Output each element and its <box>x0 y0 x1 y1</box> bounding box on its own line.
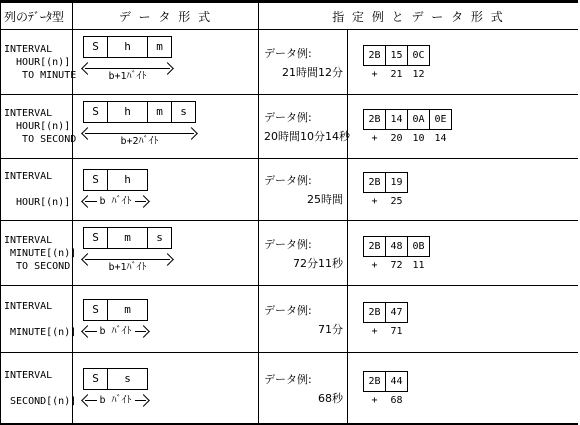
data-example-value: 68秒 <box>264 390 343 406</box>
type-line: INTERVAL <box>4 369 72 382</box>
data-example-value: 72分11秒 <box>264 255 343 271</box>
type-line: INTERVAL <box>4 43 72 56</box>
decoded-value: 10 <box>407 133 430 144</box>
type-line: HOUR[(n)] <box>4 120 72 133</box>
decoded-value: 72 <box>385 260 408 271</box>
byte-length-label: b+1ﾊﾞｲﾄ <box>105 71 149 83</box>
byte-box: S <box>83 299 108 321</box>
hex-format-cell: 2B 47 + 71 <box>348 286 578 352</box>
hex-format-cell: 2B 14 0A 0E + 20 10 14 <box>348 95 578 158</box>
hex-format-cell: 2B 48 0B + 72 11 <box>348 221 578 285</box>
column-type-cell: INTERVAL SECOND[(n)] <box>1 353 73 423</box>
type-line: MINUTE[(n)] <box>4 247 72 260</box>
table-header-row: 列のﾃﾞｰﾀ型 デ ー タ 形 式 指 定 例 と デ ー タ 形 式 <box>1 3 578 30</box>
byte-length-label: b+1ﾊﾞｲﾄ <box>105 262 149 274</box>
arrow-left-icon <box>81 253 94 266</box>
type-line: TO SECOND <box>4 260 72 273</box>
byte-length-arrow: b ﾊﾞｲﾄ <box>83 394 148 409</box>
type-line: INTERVAL <box>4 170 72 183</box>
arrow-right-icon <box>161 253 174 266</box>
hex-byte-box: 2B <box>363 236 386 257</box>
byte-length-arrow: b+2ﾊﾞｲﾄ <box>83 127 196 153</box>
type-line: HOUR[(n)] <box>4 196 72 209</box>
byte-length-label: b ﾊﾞｲﾄ <box>96 395 134 407</box>
arrow-left-icon <box>81 195 94 208</box>
column-type-cell: INTERVAL HOUR[(n)] TO SECOND <box>1 95 73 158</box>
byte-box: h <box>107 169 148 191</box>
decoded-value: 12 <box>407 69 430 80</box>
decoded-values: + 21 12 <box>363 69 578 80</box>
data-format-cell: S m s b+1ﾊﾞｲﾄ <box>73 221 259 285</box>
arrow-left-icon <box>81 62 94 75</box>
hex-byte-box: 44 <box>385 371 408 392</box>
table-row: INTERVAL MINUTE[(n)] TO SECOND S m s b+1… <box>1 221 578 286</box>
hex-byte-box: 0B <box>407 236 430 257</box>
hex-format-cell: 2B 15 0C + 21 12 <box>348 30 578 94</box>
decoded-value: + <box>363 133 386 144</box>
data-example-value: 21時間12分 <box>264 64 343 80</box>
decoded-value: 68 <box>385 395 408 406</box>
decoded-value: 25 <box>385 196 408 207</box>
byte-boxes: S s <box>83 368 148 390</box>
byte-diagram: S m b ﾊﾞｲﾄ <box>83 299 148 340</box>
decoded-value: 14 <box>429 133 452 144</box>
byte-box: s <box>147 227 172 249</box>
byte-diagram: S h b ﾊﾞｲﾄ <box>83 169 148 210</box>
byte-length-arrow: b ﾊﾞｲﾄ <box>83 325 148 340</box>
type-line: MINUTE[(n)] <box>4 326 72 339</box>
byte-boxes: S h m <box>83 36 172 58</box>
byte-box: S <box>83 101 108 123</box>
hex-byte-box: 2B <box>363 371 386 392</box>
byte-diagram: S h m b+1ﾊﾞｲﾄ <box>83 36 172 88</box>
decoded-values: + 20 10 14 <box>363 133 578 144</box>
data-format-cell: S m b ﾊﾞｲﾄ <box>73 286 259 352</box>
arrow-right-icon <box>185 127 198 140</box>
decoded-values: + 72 11 <box>363 260 578 271</box>
decoded-values: + 71 <box>363 326 578 337</box>
hex-format-cell: 2B 19 + 25 <box>348 159 578 220</box>
byte-boxes: S m <box>83 299 148 321</box>
type-line: SECOND[(n)] <box>4 395 72 408</box>
hex-byte-boxes: 2B 15 0C <box>363 45 578 66</box>
column-type-cell: INTERVAL HOUR[(n)] TO MINUTE <box>1 30 73 94</box>
byte-length-label: b ﾊﾞｲﾄ <box>96 326 134 338</box>
interval-data-format-table: 列のﾃﾞｰﾀ型 デ ー タ 形 式 指 定 例 と デ ー タ 形 式 INTE… <box>0 0 578 425</box>
hex-byte-boxes: 2B 14 0A 0E <box>363 109 578 130</box>
decoded-value: + <box>363 326 386 337</box>
hex-byte-box: 47 <box>385 302 408 323</box>
hex-byte-box: 2B <box>363 109 386 130</box>
hex-byte-box: 14 <box>385 109 408 130</box>
type-line <box>4 313 72 326</box>
type-line: INTERVAL <box>4 234 72 247</box>
data-example-cell: データ例: 72分11秒 <box>259 221 348 285</box>
byte-length-label: b ﾊﾞｲﾄ <box>96 196 134 208</box>
table-row: INTERVAL HOUR[(n)] TO MINUTE S h m b+1ﾊﾞ… <box>1 30 578 95</box>
data-example-cell: データ例: 68秒 <box>259 353 348 423</box>
header-column-type: 列のﾃﾞｰﾀ型 <box>1 3 73 29</box>
byte-diagram: S h m s b+2ﾊﾞｲﾄ <box>83 101 196 153</box>
byte-box: S <box>83 227 108 249</box>
byte-length-arrow: b ﾊﾞｲﾄ <box>83 195 148 210</box>
data-example-label: データ例: <box>264 302 343 318</box>
decoded-value: + <box>363 196 386 207</box>
byte-diagram: S m s b+1ﾊﾞｲﾄ <box>83 227 172 279</box>
arrow-left-icon <box>81 325 94 338</box>
byte-boxes: S m s <box>83 227 172 249</box>
byte-length-label: b+2ﾊﾞｲﾄ <box>117 136 161 148</box>
hex-byte-boxes: 2B 19 <box>363 172 578 193</box>
hex-byte-box: 0A <box>407 109 430 130</box>
data-format-cell: S h m s b+2ﾊﾞｲﾄ <box>73 95 259 158</box>
table-row: INTERVAL MINUTE[(n)] S m b ﾊﾞｲﾄ データ例: 71… <box>1 286 578 353</box>
hex-byte-boxes: 2B 44 <box>363 371 578 392</box>
hex-byte-box: 2B <box>363 172 386 193</box>
hex-byte-boxes: 2B 47 <box>363 302 578 323</box>
hex-byte-box: 48 <box>385 236 408 257</box>
decoded-value: 20 <box>385 133 408 144</box>
arrow-right-icon <box>137 394 150 407</box>
byte-box: h <box>107 36 148 58</box>
arrow-right-icon <box>161 62 174 75</box>
header-example-and-format: 指 定 例 と デ ー タ 形 式 <box>259 3 578 29</box>
decoded-values: + 68 <box>363 395 578 406</box>
hex-byte-box: 0E <box>429 109 452 130</box>
decoded-value: 21 <box>385 69 408 80</box>
decoded-value: 71 <box>385 326 408 337</box>
data-format-cell: S h m b+1ﾊﾞｲﾄ <box>73 30 259 94</box>
byte-box: S <box>83 36 108 58</box>
type-line: INTERVAL <box>4 300 72 313</box>
data-example-value: 25時間 <box>264 191 343 207</box>
hex-byte-box: 15 <box>385 45 408 66</box>
data-example-cell: データ例: 71分 <box>259 286 348 352</box>
arrow-right-icon <box>137 195 150 208</box>
arrow-right-icon <box>137 325 150 338</box>
byte-box: s <box>107 368 148 390</box>
byte-diagram: S s b ﾊﾞｲﾄ <box>83 368 148 409</box>
data-example-label: データ例: <box>264 236 343 252</box>
hex-byte-box: 2B <box>363 45 386 66</box>
hex-byte-box: 19 <box>385 172 408 193</box>
data-example-value: 20時間10分14秒 <box>264 128 343 144</box>
byte-box: s <box>171 101 196 123</box>
table-row: INTERVAL HOUR[(n)] TO SECOND S h m s b+2… <box>1 95 578 159</box>
data-format-cell: S h b ﾊﾞｲﾄ <box>73 159 259 220</box>
data-example-cell: データ例: 21時間12分 <box>259 30 348 94</box>
table-row: INTERVAL HOUR[(n)] S h b ﾊﾞｲﾄ データ例: 25時間 <box>1 159 578 221</box>
type-line: INTERVAL <box>4 107 72 120</box>
byte-box: m <box>107 299 148 321</box>
data-example-label: データ例: <box>264 172 343 188</box>
data-example-cell: データ例: 20時間10分14秒 <box>259 95 348 158</box>
decoded-value: + <box>363 260 386 271</box>
type-line <box>4 183 72 196</box>
data-example-cell: データ例: 25時間 <box>259 159 348 220</box>
byte-box: m <box>147 36 172 58</box>
data-example-label: データ例: <box>264 45 343 61</box>
byte-box: m <box>147 101 172 123</box>
data-example-label: データ例: <box>264 109 343 125</box>
arrow-left-icon <box>81 394 94 407</box>
column-type-cell: INTERVAL HOUR[(n)] <box>1 159 73 220</box>
decoded-value: + <box>363 395 386 406</box>
decoded-value: 11 <box>407 260 430 271</box>
byte-boxes: S h <box>83 169 148 191</box>
data-example-label: データ例: <box>264 371 343 387</box>
header-data-format: デ ー タ 形 式 <box>73 3 259 29</box>
hex-byte-boxes: 2B 48 0B <box>363 236 578 257</box>
type-line: TO SECOND <box>4 133 72 146</box>
byte-boxes: S h m s <box>83 101 196 123</box>
type-line: TO MINUTE <box>4 69 72 82</box>
byte-box: S <box>83 368 108 390</box>
column-type-cell: INTERVAL MINUTE[(n)] TO SECOND <box>1 221 73 285</box>
hex-byte-box: 0C <box>407 45 430 66</box>
data-example-value: 71分 <box>264 321 343 337</box>
byte-length-arrow: b+1ﾊﾞｲﾄ <box>83 62 172 88</box>
byte-box: S <box>83 169 108 191</box>
hex-byte-box: 2B <box>363 302 386 323</box>
decoded-value: + <box>363 69 386 80</box>
table-row: INTERVAL SECOND[(n)] S s b ﾊﾞｲﾄ データ例: 68… <box>1 353 578 423</box>
type-line: HOUR[(n)] <box>4 56 72 69</box>
decoded-values: + 25 <box>363 196 578 207</box>
column-type-cell: INTERVAL MINUTE[(n)] <box>1 286 73 352</box>
byte-length-arrow: b+1ﾊﾞｲﾄ <box>83 253 172 279</box>
byte-box: h <box>107 101 148 123</box>
arrow-left-icon <box>81 127 94 140</box>
byte-box: m <box>107 227 148 249</box>
hex-format-cell: 2B 44 + 68 <box>348 353 578 423</box>
data-format-cell: S s b ﾊﾞｲﾄ <box>73 353 259 423</box>
type-line <box>4 382 72 395</box>
